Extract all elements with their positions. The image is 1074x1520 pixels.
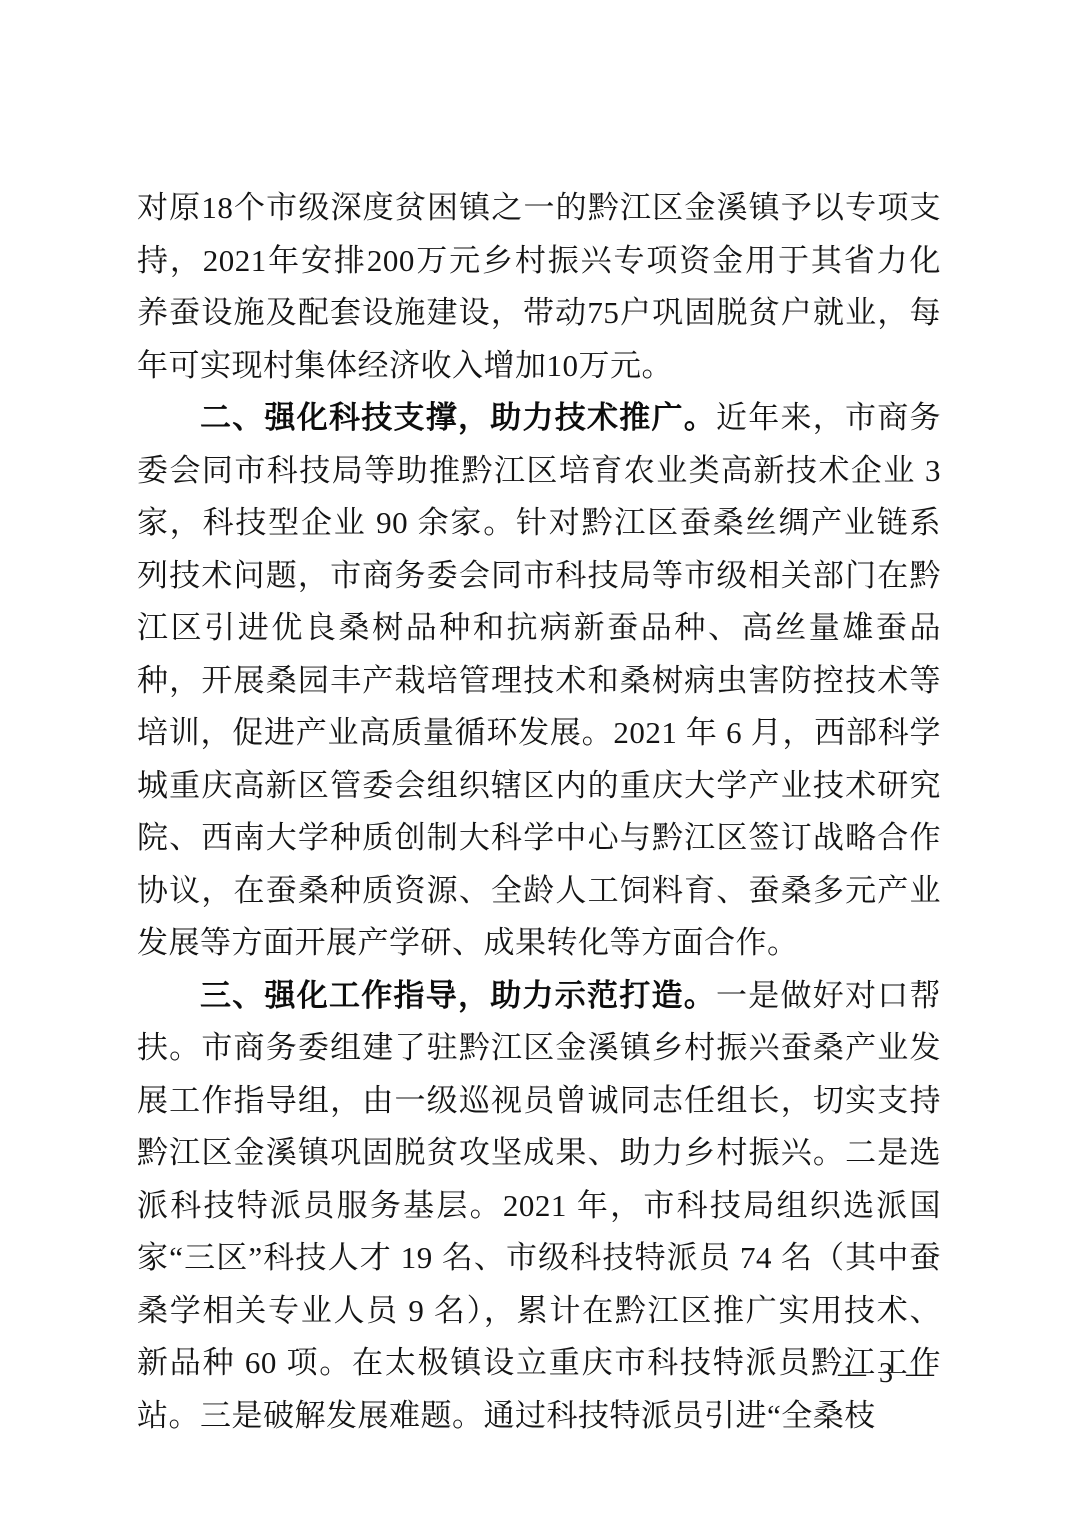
paragraph-body: 对原18个市级深度贫困镇之一的黔江区金溪镇予以专项支持，2021年安排200万元… bbox=[137, 190, 941, 383]
page-number: — 3 — bbox=[838, 1358, 937, 1390]
document-body: 对原18个市级深度贫困镇之一的黔江区金溪镇予以专项支持，2021年安排200万元… bbox=[137, 182, 941, 1442]
paragraph-continuation: 对原18个市级深度贫困镇之一的黔江区金溪镇予以专项支持，2021年安排200万元… bbox=[137, 182, 941, 392]
paragraph-section-2: 二、强化科技支撑，助力技术推广。近年来，市商务委会同市科技局等助推黔江区培育农业… bbox=[137, 392, 941, 970]
document-page: 对原18个市级深度贫困镇之一的黔江区金溪镇予以专项支持，2021年安排200万元… bbox=[0, 0, 1074, 1520]
paragraph-section-3: 三、强化工作指导，助力示范打造。一是做好对口帮扶。市商务委组建了驻黔江区金溪镇乡… bbox=[137, 970, 941, 1443]
section-2-heading: 二、强化科技支撑，助力技术推广。 bbox=[200, 400, 716, 435]
paragraph-body: 近年来，市商务委会同市科技局等助推黔江区培育农业类高新技术企业 3 家，科技型企… bbox=[137, 400, 941, 960]
paragraph-body: 一是做好对口帮扶。市商务委组建了驻黔江区金溪镇乡村振兴蚕桑产业发展工作指导组，由… bbox=[137, 978, 941, 1433]
section-3-heading: 三、强化工作指导，助力示范打造。 bbox=[200, 978, 716, 1013]
